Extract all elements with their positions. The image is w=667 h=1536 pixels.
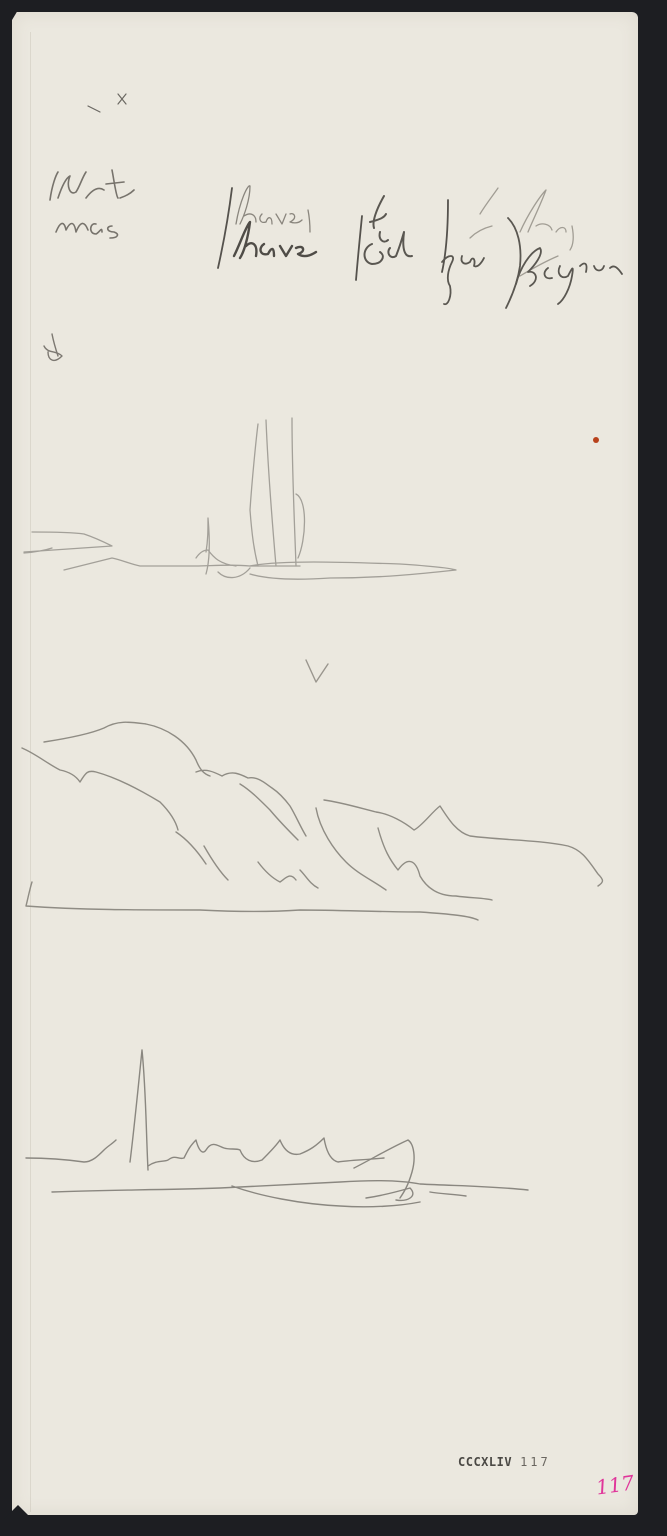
stamp-roman-numeral: CCCXLIV <box>458 1455 512 1469</box>
page-notch-top <box>0 0 24 20</box>
stamp-folio-number: 117 <box>520 1455 551 1469</box>
archive-stamp: CCCXLIV117 <box>458 1455 551 1469</box>
ink-stain <box>593 437 599 443</box>
page-fold-line <box>30 32 31 1512</box>
page-notch-bottom <box>4 1505 32 1519</box>
sketchbook-page <box>12 12 638 1515</box>
